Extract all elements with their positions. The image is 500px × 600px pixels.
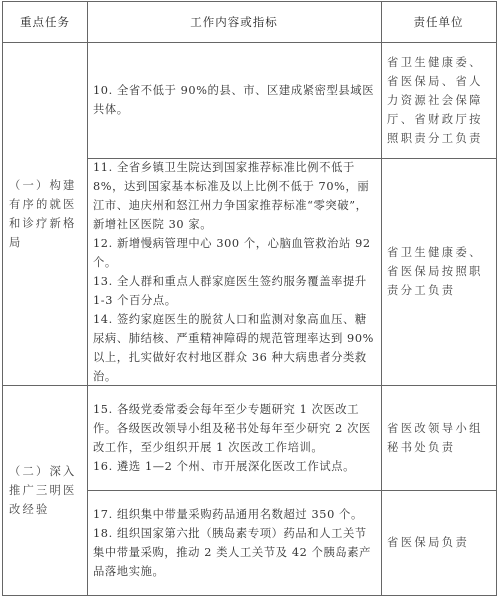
responsible-unit: 省医改领导小组秘书处负责 (387, 419, 492, 457)
table-row-owner: 省卫生健康委、省医保局、省人力资源社会保障厅、省财政厅按照职责分工负责 (381, 42, 496, 158)
work-item: 12. 新增慢病管理中心 300 个，心脑血管救治站 92 个。 (93, 234, 375, 272)
header-key-task: 重点任务 (3, 2, 87, 42)
work-item: 17. 组织集中带量采购药品通用名数超过 350 个。 (93, 505, 375, 524)
work-item: 18. 组织国家第六批（胰岛素专项）药品和人工关节集中带量采购，推动 2 类人工… (93, 524, 375, 581)
task-label: （一）构建有序的就医和诊疗新格局 (9, 176, 81, 252)
responsible-unit: 省医保局负责 (387, 533, 492, 552)
work-item: 13. 全人群和重点人群家庭医生签约服务覆盖率提升 1-3 个百分点。 (93, 272, 375, 310)
task-group-1: （一）构建有序的就医和诊疗新格局 (3, 42, 87, 385)
table-row-content: 17. 组织集中带量采购药品通用名数超过 350 个。 18. 组织国家第六批（… (87, 490, 381, 595)
table-row-owner: 省卫生健康委、省医保局按照职责分工负责 (381, 158, 496, 385)
table-row-content: 15. 各级党委常委会每年至少专题研究 1 次医改工作。各级医改领导小组及秘书处… (87, 385, 381, 490)
work-item: 16. 遴选 1—2 个州、市开展深化医改工作试点。 (93, 457, 375, 476)
responsible-unit: 省卫生健康委、省医保局按照职责分工负责 (387, 243, 492, 300)
table-row-content: 10. 全省不低于 90%的县、市、区建成紧密型县域医共体。 (87, 42, 381, 158)
header-work-content: 工作内容或指标 (87, 2, 381, 42)
task-label: （二）深入推广三明医改经验 (9, 462, 81, 519)
work-item: 11. 全省乡镇卫生院达到国家推荐标准比例不低于 8%，达到国家基本标准及以上比… (93, 158, 375, 234)
task-group-2: （二）深入推广三明医改经验 (3, 385, 87, 595)
table-row-owner: 省医改领导小组秘书处负责 (381, 385, 496, 490)
header-responsible-unit: 责任单位 (381, 2, 496, 42)
work-item: 14. 签约家庭医生的脱贫人口和监测对象高血压、糖尿病、肺结核、严重精神障碍的规… (93, 310, 375, 386)
work-item: 15. 各级党委常委会每年至少专题研究 1 次医改工作。各级医改领导小组及秘书处… (93, 400, 375, 457)
table-row-owner: 省医保局负责 (381, 490, 496, 595)
table-row-content: 11. 全省乡镇卫生院达到国家推荐标准比例不低于 8%，达到国家基本标准及以上比… (87, 158, 381, 385)
work-item: 10. 全省不低于 90%的县、市、区建成紧密型县域医共体。 (93, 81, 375, 119)
policy-task-table: 重点任务 工作内容或指标 责任单位 （一）构建有序的就医和诊疗新格局 10. 全… (2, 1, 497, 596)
responsible-unit: 省卫生健康委、省医保局、省人力资源社会保障厅、省财政厅按照职责分工负责 (387, 53, 492, 148)
